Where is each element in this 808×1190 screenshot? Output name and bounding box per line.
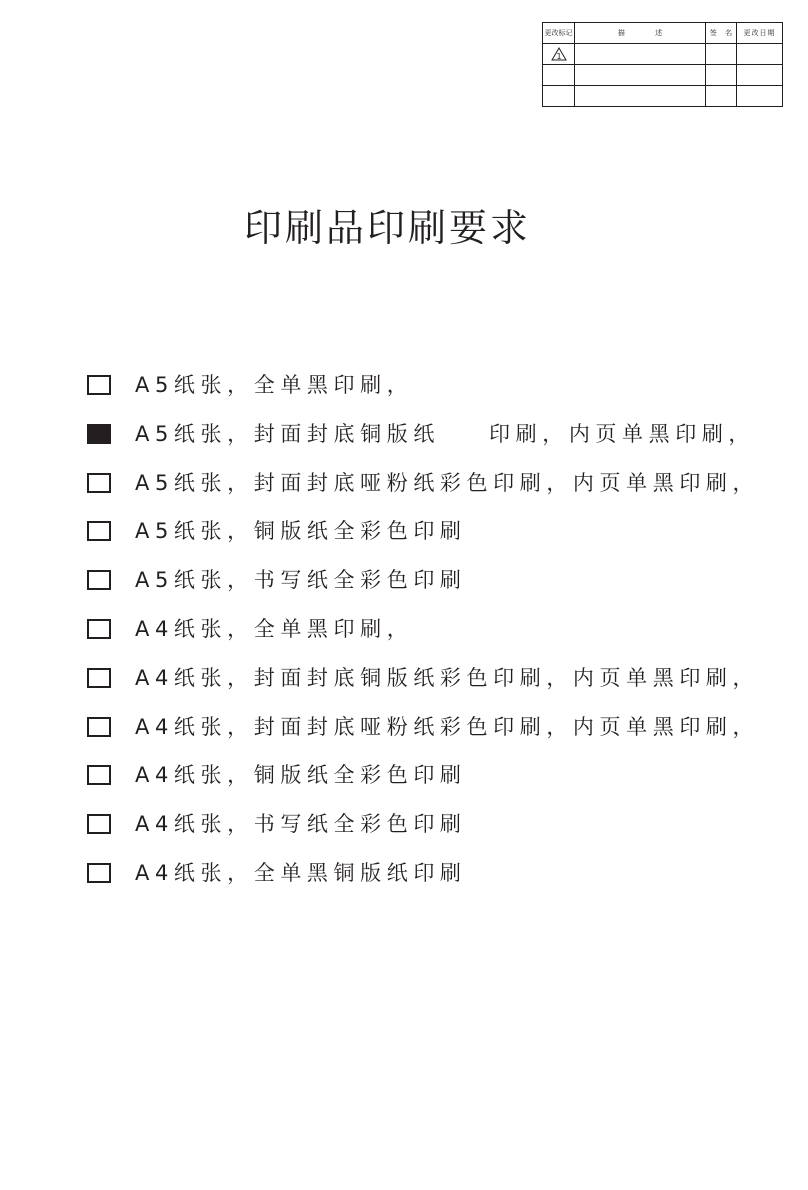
- checkbox[interactable]: [87, 570, 111, 590]
- option-a4-writing-full-color: A4纸张，书写纸全彩色印刷: [87, 811, 759, 860]
- revision-table-header-row: 更改标记 描 述 签 名 更改日期: [543, 23, 783, 44]
- option-a5-coated-cover: A5纸张，封面封底铜版纸 印刷，内页单黑印刷，: [87, 421, 759, 470]
- svg-text:1: 1: [556, 52, 561, 61]
- checkbox[interactable]: [87, 619, 111, 639]
- option-label: A5纸张，书写纸全彩色印刷: [135, 567, 467, 593]
- revision-row: 1: [543, 44, 783, 65]
- option-label: A4纸张，铜版纸全彩色印刷: [135, 762, 467, 788]
- revision-description-cell[interactable]: [575, 65, 706, 86]
- header-signature: 签 名: [706, 23, 737, 44]
- checkbox[interactable]: [87, 765, 111, 785]
- revision-mark-cell[interactable]: [543, 65, 575, 86]
- option-a4-mono-coated: A4纸张，全单黑铜版纸印刷: [87, 860, 759, 909]
- option-label: A5纸张，封面封底哑粉纸彩色印刷，内页单黑印刷，: [135, 470, 759, 496]
- revision-mark-cell[interactable]: 1: [543, 44, 575, 65]
- header-date: 更改日期: [737, 23, 783, 44]
- option-a5-coated-full-color: A5纸张，铜版纸全彩色印刷: [87, 518, 759, 567]
- header-description: 描 述: [575, 23, 706, 44]
- checkbox[interactable]: [87, 521, 111, 541]
- checkbox[interactable]: [87, 473, 111, 493]
- warning-triangle-icon: 1: [551, 47, 567, 61]
- option-label: A4纸张，封面封底铜版纸彩色印刷，内页单黑印刷，: [135, 665, 759, 691]
- checkbox-checked[interactable]: [87, 424, 111, 444]
- option-label: A5纸张，全单黑印刷，: [135, 372, 413, 398]
- option-label: A5纸张，封面封底铜版纸 印刷，内页单黑印刷，: [135, 421, 755, 447]
- option-label: A4纸张，全单黑印刷，: [135, 616, 413, 642]
- option-a5-matte-cover: A5纸张，封面封底哑粉纸彩色印刷，内页单黑印刷，: [87, 470, 759, 519]
- option-label: A4纸张，封面封底哑粉纸彩色印刷，内页单黑印刷，: [135, 714, 759, 740]
- revision-signature-cell[interactable]: [706, 44, 737, 65]
- checkbox[interactable]: [87, 668, 111, 688]
- option-label: A4纸张，书写纸全彩色印刷: [135, 811, 467, 837]
- checkbox[interactable]: [87, 717, 111, 737]
- print-options-list: A5纸张，全单黑印刷， A5纸张，封面封底铜版纸 印刷，内页单黑印刷， A5纸张…: [87, 372, 759, 909]
- header-mark: 更改标记: [543, 23, 575, 44]
- option-label: A4纸张，全单黑铜版纸印刷: [135, 860, 467, 886]
- option-a5-mono: A5纸张，全单黑印刷，: [87, 372, 759, 421]
- document-title: 印刷品印刷要求: [244, 204, 531, 252]
- option-a5-writing-full-color: A5纸张，书写纸全彩色印刷: [87, 567, 759, 616]
- revision-table: 更改标记 描 述 签 名 更改日期 1: [542, 22, 783, 107]
- revision-date-cell[interactable]: [737, 65, 783, 86]
- revision-row: [543, 65, 783, 86]
- checkbox[interactable]: [87, 863, 111, 883]
- option-a4-mono: A4纸张，全单黑印刷，: [87, 616, 759, 665]
- revision-mark-cell[interactable]: [543, 86, 575, 107]
- revision-date-cell[interactable]: [737, 86, 783, 107]
- option-a4-matte-cover: A4纸张，封面封底哑粉纸彩色印刷，内页单黑印刷，: [87, 714, 759, 763]
- revision-row: [543, 86, 783, 107]
- checkbox[interactable]: [87, 375, 111, 395]
- revision-description-cell[interactable]: [575, 86, 706, 107]
- revision-signature-cell[interactable]: [706, 86, 737, 107]
- option-a4-coated-full-color: A4纸张，铜版纸全彩色印刷: [87, 762, 759, 811]
- revision-date-cell[interactable]: [737, 44, 783, 65]
- option-label: A5纸张，铜版纸全彩色印刷: [135, 518, 467, 544]
- revision-description-cell[interactable]: [575, 44, 706, 65]
- option-a4-coated-cover: A4纸张，封面封底铜版纸彩色印刷，内页单黑印刷，: [87, 665, 759, 714]
- checkbox[interactable]: [87, 814, 111, 834]
- revision-signature-cell[interactable]: [706, 65, 737, 86]
